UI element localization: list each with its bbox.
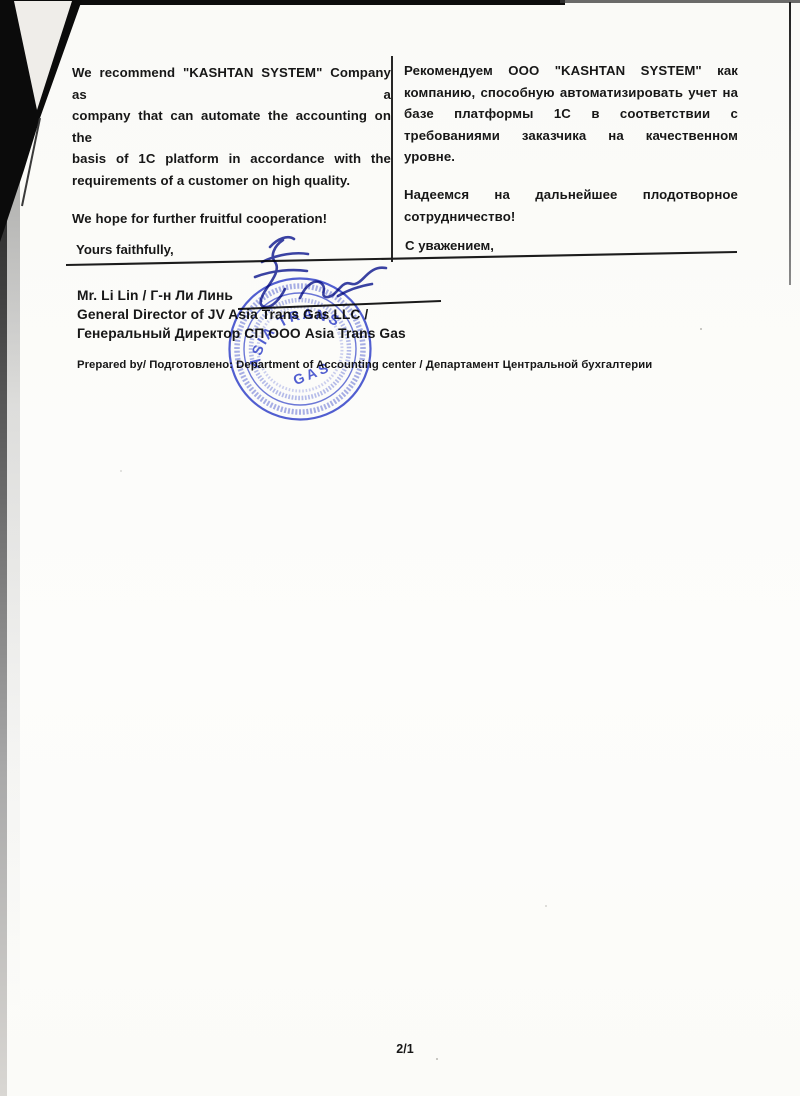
signatory-name: Mr. Li Lin / Г-н Ли Линь	[77, 286, 406, 305]
scan-artifact-right-edge	[789, 2, 791, 285]
scan-speck	[545, 905, 547, 907]
letter-line-ru: базе платформы 1С в соответствии с	[404, 103, 738, 125]
letter-line-en: basis of 1C platform in accordance with …	[72, 148, 391, 170]
letter-line-en: company that can automate the accounting…	[72, 105, 391, 148]
page-number: 2/1	[0, 1042, 800, 1056]
scan-artifact-top-edge-right	[560, 0, 800, 3]
scan-artifact-top-edge	[0, 0, 565, 5]
letter-line-ru: сотрудничество!	[404, 206, 738, 228]
letter-line-ru: компанию, способную автоматизировать уче…	[404, 82, 738, 104]
signature-name-block: Mr. Li Lin / Г-н Ли Линь General Directo…	[77, 286, 406, 343]
signoff-english: Yours faithfully,	[76, 242, 174, 257]
letter-english-column: We recommend "KASHTAN SYSTEM" Company as…	[72, 62, 391, 229]
scan-speck	[436, 1058, 438, 1060]
company-stamp: ASIA TRANS GAS	[208, 257, 392, 441]
signatory-title-russian: Генеральный Директор СП ООО Asia Trans G…	[77, 324, 406, 343]
scan-artifact-left-edge	[0, 0, 7, 1096]
scanned-letter-page: We recommend "KASHTAN SYSTEM" Company as…	[0, 0, 800, 1096]
letter-line-ru: Надеемся на дальнейшее плодотворное	[404, 184, 738, 206]
signatory-title-english: General Director of JV Asia Trans Gas LL…	[77, 305, 406, 324]
letter-line-en: requirements of a customer on high quali…	[72, 170, 391, 192]
letter-russian-column: Рекомендуем ООО "KASHTAN SYSTEM" как ком…	[404, 60, 738, 227]
letter-line-en: We recommend "KASHTAN SYSTEM" Company as…	[72, 62, 391, 105]
scan-speck	[700, 328, 702, 330]
letter-line-ru: требованиями заказчика на качественном у…	[404, 125, 738, 168]
scan-speck	[120, 470, 122, 472]
table-column-divider	[391, 56, 393, 262]
letter-line-en: We hope for further fruitful cooperation…	[72, 208, 391, 230]
letter-line-ru: Рекомендуем ООО "KASHTAN SYSTEM" как	[404, 60, 738, 82]
signoff-russian: С уважением,	[405, 238, 494, 253]
prepared-by-line: Prepared by/ Подготовлено: Department of…	[77, 359, 652, 371]
scan-artifact-left-shadow	[7, 0, 20, 1010]
